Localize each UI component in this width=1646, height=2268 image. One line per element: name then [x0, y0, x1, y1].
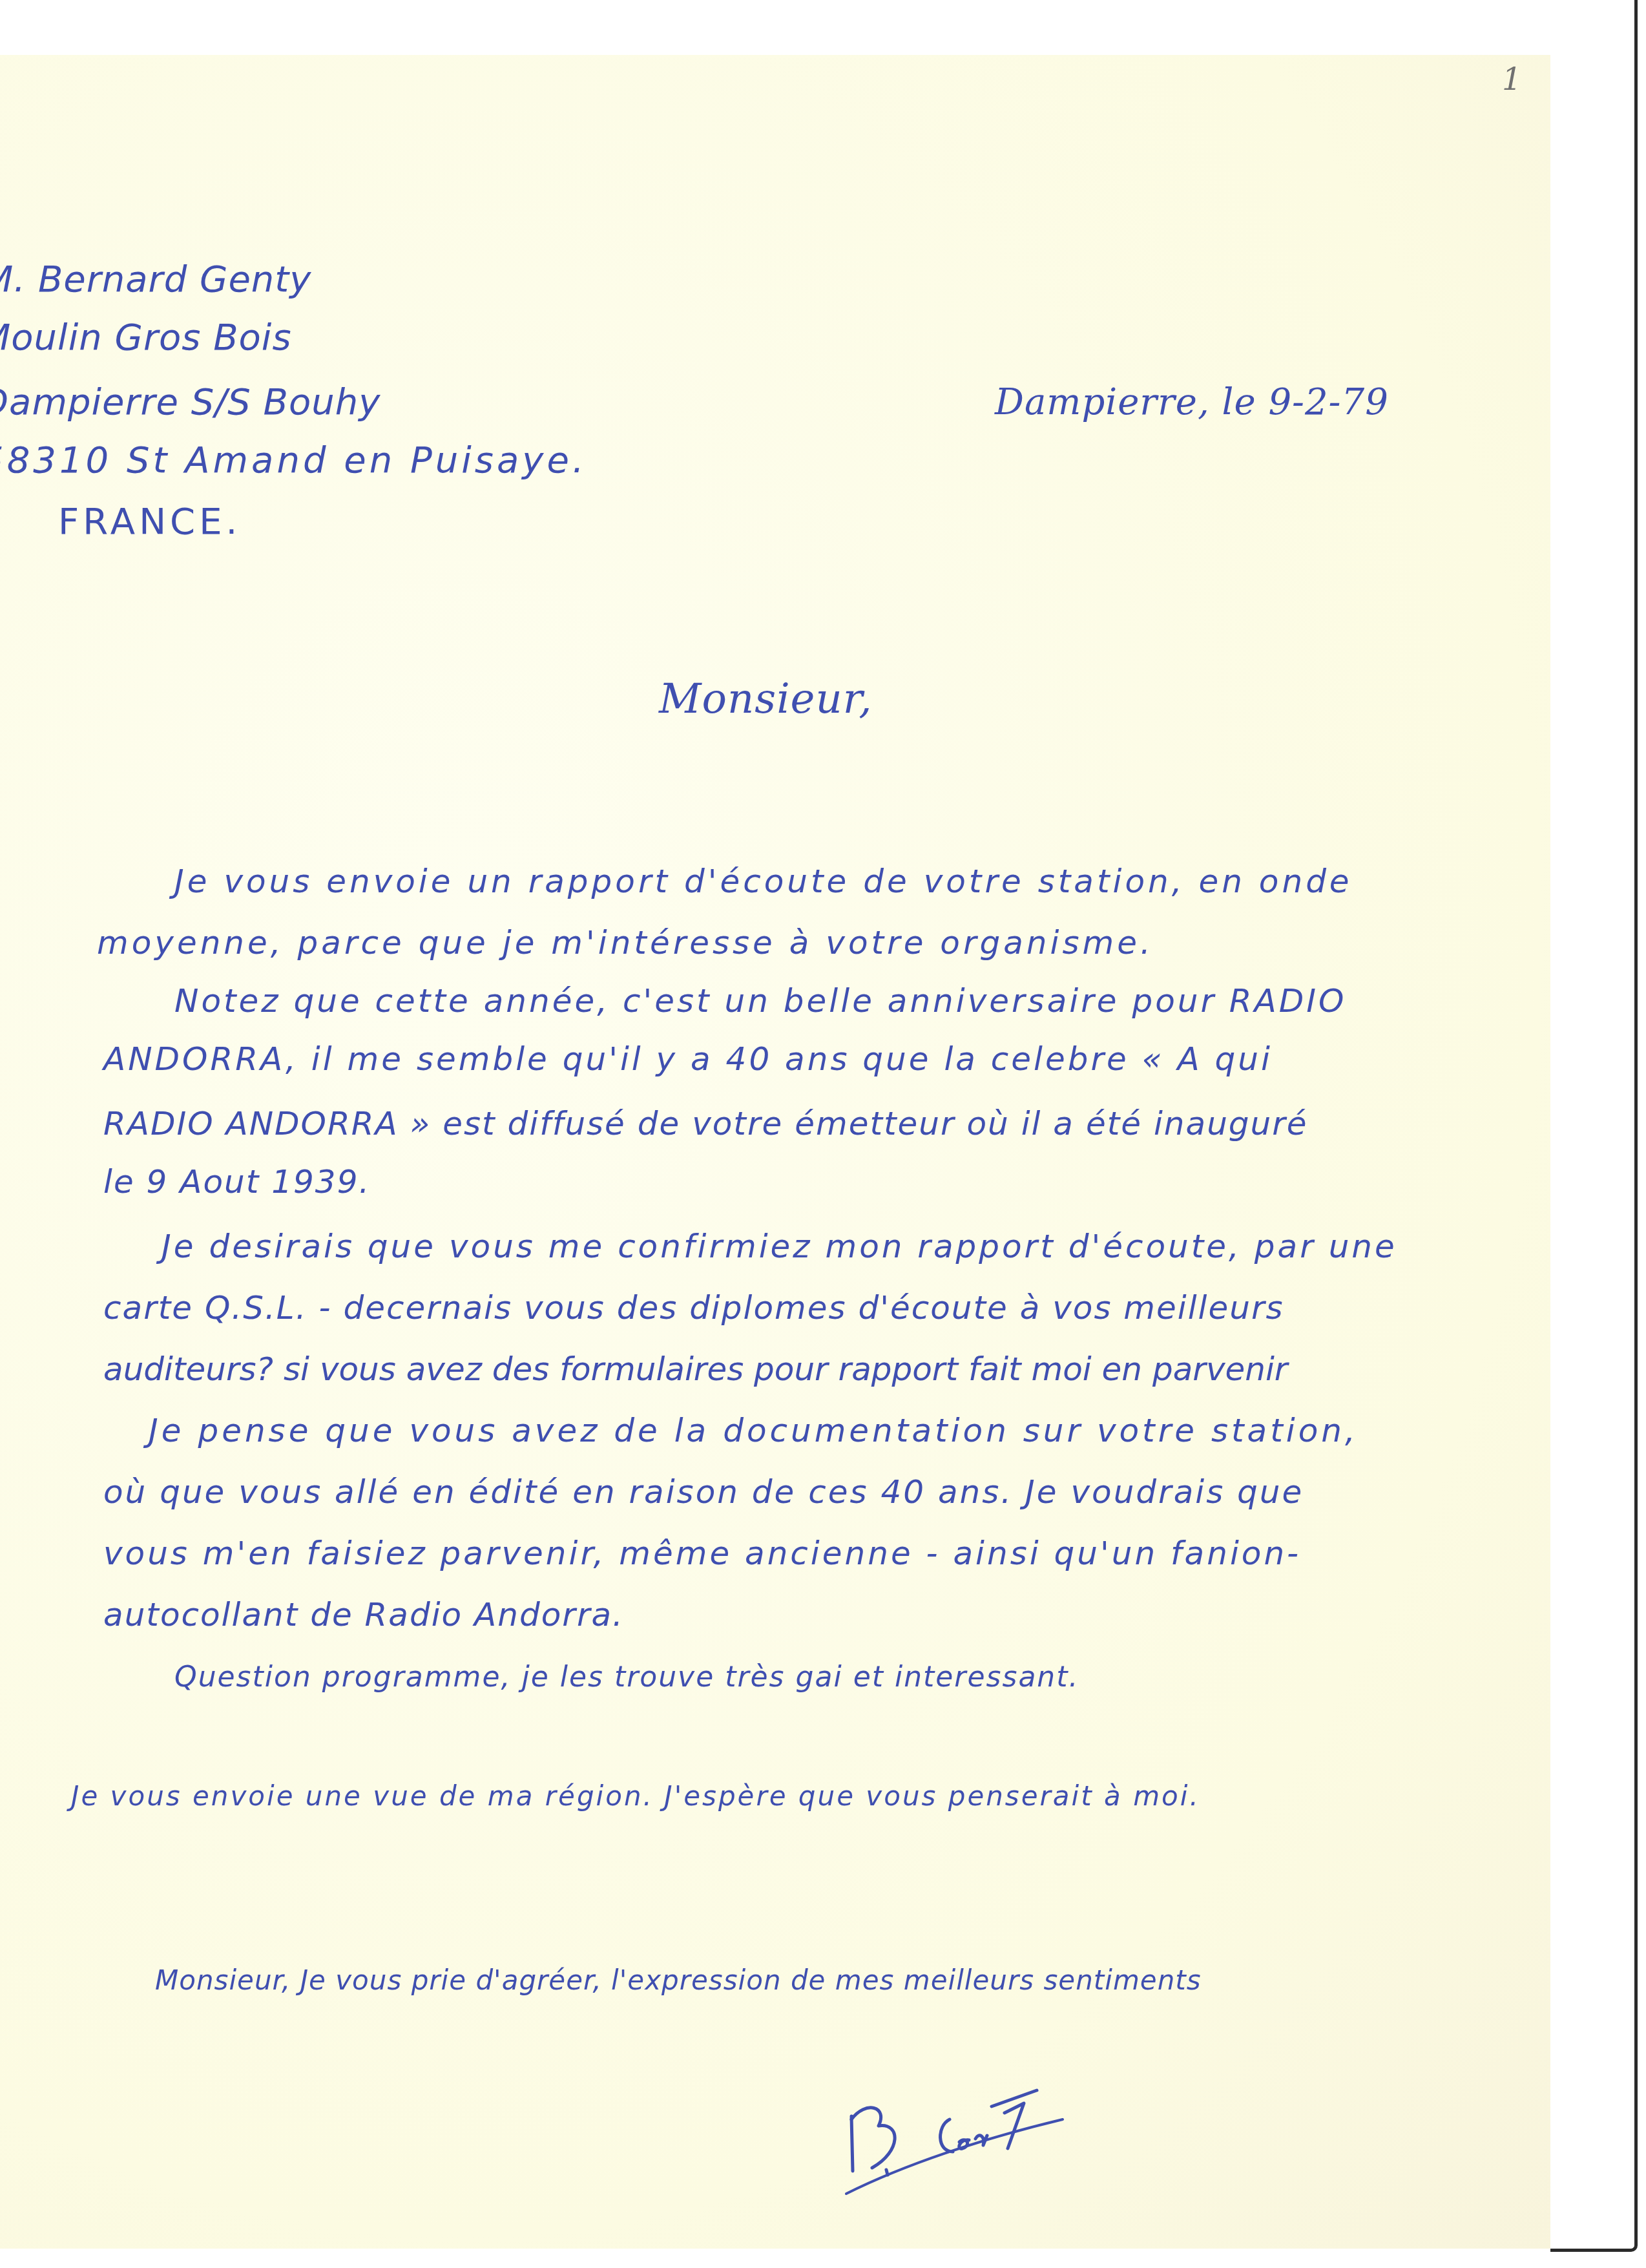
- page-number: 1: [1502, 61, 1523, 98]
- body-line: autocollant de Radio Andorra.: [103, 1596, 624, 1633]
- body-line: RADIO ANDORRA » est diffusé de votre éme…: [103, 1105, 1308, 1142]
- sender-name: M. Bernard Genty: [0, 258, 311, 300]
- body-line: Je vous envoie une vue de ma région. J'e…: [71, 1780, 1200, 1812]
- body-line: vous m'en faisiez parvenir, même ancienn…: [103, 1535, 1301, 1572]
- sender-address-line: 58310 St Amand en Puisaye.: [0, 439, 587, 481]
- body-line: moyenne, parce que je m'intéresse à votr…: [97, 924, 1154, 961]
- body-line: carte Q.S.L. - decernais vous des diplom…: [103, 1289, 1284, 1327]
- signature-scrawl-icon: [840, 2055, 1098, 2197]
- body-line: ANDORRA, il me semble qu'il y a 40 ans q…: [103, 1040, 1273, 1078]
- body-line: Je pense que vous avez de la documentati…: [149, 1412, 1359, 1449]
- closing-line: Monsieur, Je vous prie d'agréer, l'expre…: [155, 1964, 1202, 1996]
- body-line: le 9 Aout 1939.: [103, 1163, 370, 1201]
- body-line: auditeurs? si vous avez des formulaires …: [103, 1350, 1287, 1388]
- sender-address-line: Moulin Gros Bois: [0, 317, 292, 359]
- sender-country: FRANCE.: [58, 501, 241, 543]
- dateline: Dampierre, le 9-2-79: [995, 381, 1389, 423]
- scan-backing-edge: [1550, 0, 1638, 2252]
- body-line: Notez que cette année, c'est un belle an…: [174, 982, 1346, 1020]
- body-line: Je vous envoie un rapport d'écoute de vo…: [174, 863, 1353, 900]
- scanned-letter: 1 M. Bernard Genty Moulin Gros Bois Damp…: [0, 0, 1646, 2268]
- salutation: Monsieur,: [659, 675, 873, 723]
- body-line: Question programme, je les trouve très g…: [174, 1661, 1079, 1694]
- body-line: où que vous allé en édité en raison de c…: [103, 1473, 1304, 1511]
- body-line: Je desirais que vous me confirmiez mon r…: [161, 1228, 1397, 1265]
- sender-address-line: Dampierre S/S Bouhy: [0, 381, 380, 423]
- signature: B. Genty: [840, 2055, 1098, 2197]
